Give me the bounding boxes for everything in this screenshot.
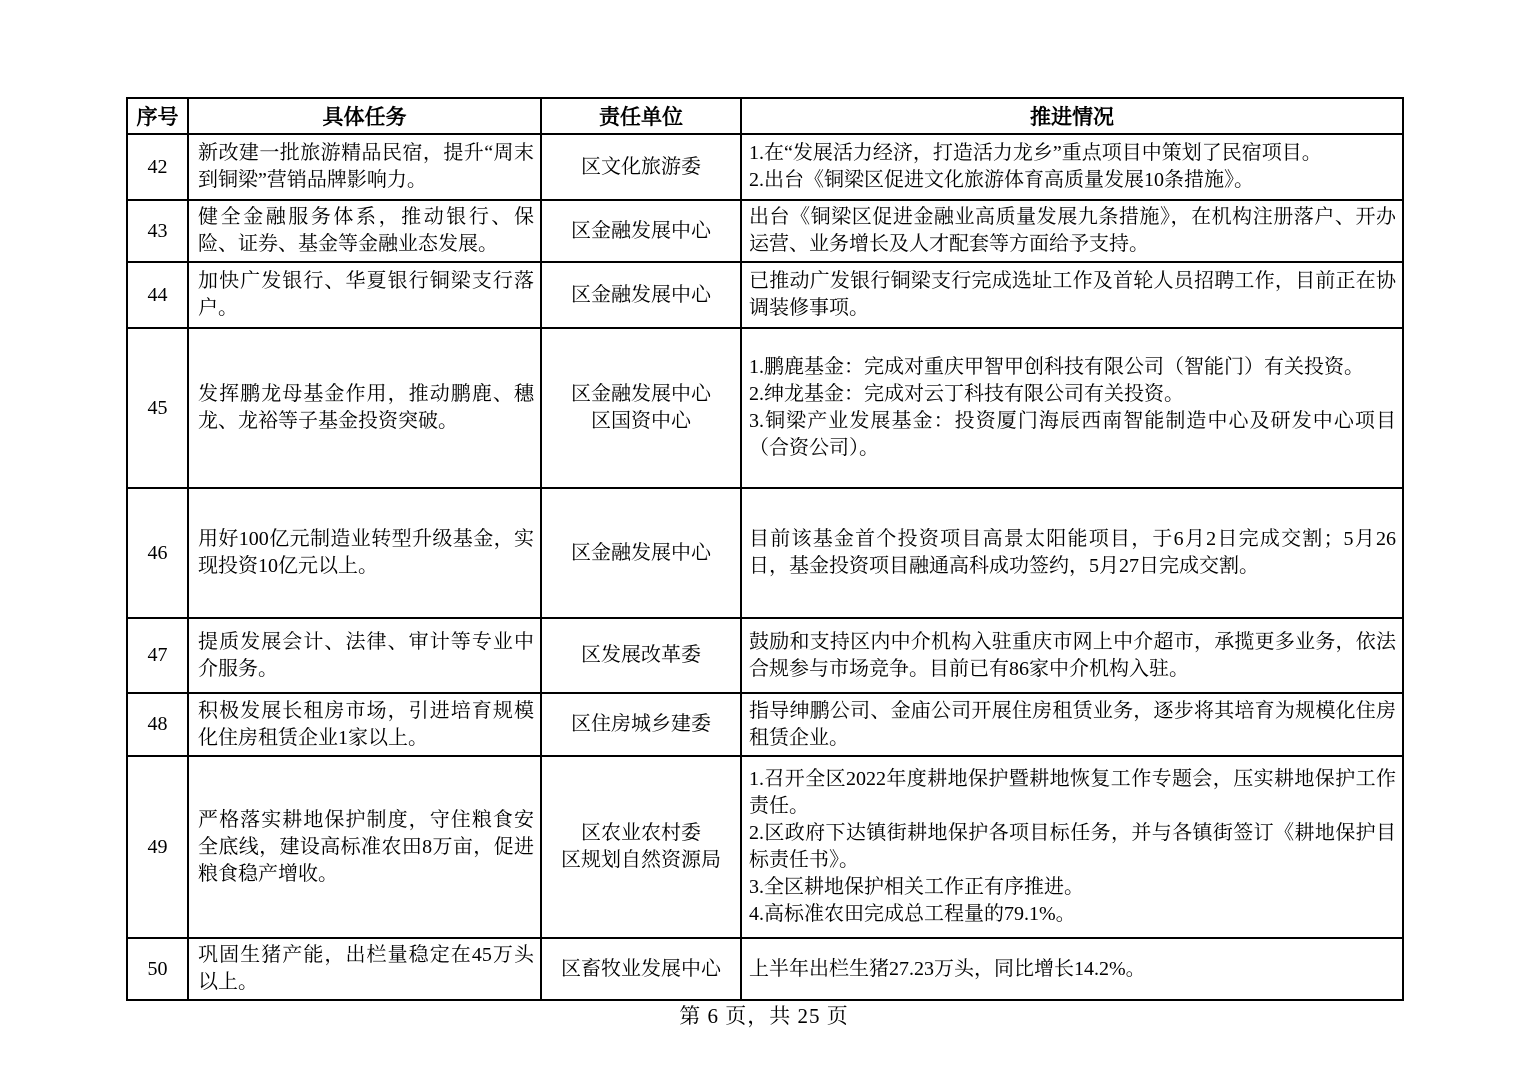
table-row: 44 加快广发银行、华夏银行铜梁支行落户。 区金融发展中心 已推动广发银行铜梁支… [127, 262, 1403, 328]
task-cell: 严格落实耕地保护制度，守住粮食安全底线，建设高标准农田8万亩，促进粮食稳产增收。 [188, 756, 541, 938]
org-cell: 区发展改革委 [541, 618, 741, 693]
table-row: 48 积极发展长租房市场，引进培育规模化住房租赁企业1家以上。 区住房城乡建委 … [127, 693, 1403, 756]
task-cell: 加快广发银行、华夏银行铜梁支行落户。 [188, 262, 541, 328]
progress-cell: 出台《铜梁区促进金融业高质量发展九条措施》，在机构注册落户、开办运营、业务增长及… [741, 200, 1403, 262]
page-number: 第 6 页，共 25 页 [126, 1000, 1402, 1030]
org-cell: 区金融发展中心 [541, 200, 741, 262]
task-cell: 积极发展长租房市场，引进培育规模化住房租赁企业1家以上。 [188, 693, 541, 756]
progress-cell: 目前该基金首个投资项目高景太阳能项目，于6月2日完成交割；5月26日，基金投资项… [741, 488, 1403, 618]
column-header-org: 责任单位 [541, 98, 741, 134]
org-cell: 区畜牧业发展中心 [541, 938, 741, 1000]
table-row: 45 发挥鹏龙母基金作用，推动鹏鹿、穗龙、龙裕等子基金投资突破。 区金融发展中心… [127, 328, 1403, 488]
task-cell: 新改建一批旅游精品民宿，提升“周末到铜梁”营销品牌影响力。 [188, 134, 541, 200]
seq-cell: 44 [127, 262, 188, 328]
seq-cell: 46 [127, 488, 188, 618]
progress-cell: 鼓励和支持区内中介机构入驻重庆市网上中介超市，承揽更多业务，依法合规参与市场竞争… [741, 618, 1403, 693]
table-row: 43 健全金融服务体系，推动银行、保险、证券、基金等金融业态发展。 区金融发展中… [127, 200, 1403, 262]
progress-cell: 1.鹏鹿基金：完成对重庆甲智甲创科技有限公司（智能门）有关投资。 2.绅龙基金：… [741, 328, 1403, 488]
table-row: 49 严格落实耕地保护制度，守住粮食安全底线，建设高标准农田8万亩，促进粮食稳产… [127, 756, 1403, 938]
header-row: 序号 具体任务 责任单位 推进情况 [127, 98, 1403, 134]
task-cell: 提质发展会计、法律、审计等专业中介服务。 [188, 618, 541, 693]
org-cell: 区金融发展中心 [541, 488, 741, 618]
document-page: 序号 具体任务 责任单位 推进情况 42 新改建一批旅游精品民宿，提升“周末到铜… [0, 0, 1520, 1074]
progress-cell: 已推动广发银行铜梁支行完成选址工作及首轮人员招聘工作，目前正在协调装修事项。 [741, 262, 1403, 328]
org-cell: 区金融发展中心 区国资中心 [541, 328, 741, 488]
seq-cell: 42 [127, 134, 188, 200]
seq-cell: 50 [127, 938, 188, 1000]
table-row: 42 新改建一批旅游精品民宿，提升“周末到铜梁”营销品牌影响力。 区文化旅游委 … [127, 134, 1403, 200]
progress-cell: 指导绅鹏公司、金庙公司开展住房租赁业务，逐步将其培育为规模化住房租赁企业。 [741, 693, 1403, 756]
org-cell: 区住房城乡建委 [541, 693, 741, 756]
org-cell: 区农业农村委 区规划自然资源局 [541, 756, 741, 938]
seq-cell: 48 [127, 693, 188, 756]
column-header-progress: 推进情况 [741, 98, 1403, 134]
column-header-seq: 序号 [127, 98, 188, 134]
progress-cell: 1.在“发展活力经济，打造活力龙乡”重点项目中策划了民宿项目。 2.出台《铜梁区… [741, 134, 1403, 200]
org-cell: 区金融发展中心 [541, 262, 741, 328]
progress-cell: 1.召开全区2022年度耕地保护暨耕地恢复工作专题会，压实耕地保护工作责任。 2… [741, 756, 1403, 938]
task-progress-table: 序号 具体任务 责任单位 推进情况 42 新改建一批旅游精品民宿，提升“周末到铜… [126, 97, 1404, 1001]
table-row: 50 巩固生猪产能，出栏量稳定在45万头以上。 区畜牧业发展中心 上半年出栏生猪… [127, 938, 1403, 1000]
org-cell: 区文化旅游委 [541, 134, 741, 200]
task-cell: 巩固生猪产能，出栏量稳定在45万头以上。 [188, 938, 541, 1000]
task-cell: 发挥鹏龙母基金作用，推动鹏鹿、穗龙、龙裕等子基金投资突破。 [188, 328, 541, 488]
task-cell: 用好100亿元制造业转型升级基金，实现投资10亿元以上。 [188, 488, 541, 618]
seq-cell: 43 [127, 200, 188, 262]
seq-cell: 49 [127, 756, 188, 938]
column-header-task: 具体任务 [188, 98, 541, 134]
task-cell: 健全金融服务体系，推动银行、保险、证券、基金等金融业态发展。 [188, 200, 541, 262]
table-row: 46 用好100亿元制造业转型升级基金，实现投资10亿元以上。 区金融发展中心 … [127, 488, 1403, 618]
seq-cell: 45 [127, 328, 188, 488]
table-row: 47 提质发展会计、法律、审计等专业中介服务。 区发展改革委 鼓励和支持区内中介… [127, 618, 1403, 693]
seq-cell: 47 [127, 618, 188, 693]
progress-cell: 上半年出栏生猪27.23万头，同比增长14.2%。 [741, 938, 1403, 1000]
